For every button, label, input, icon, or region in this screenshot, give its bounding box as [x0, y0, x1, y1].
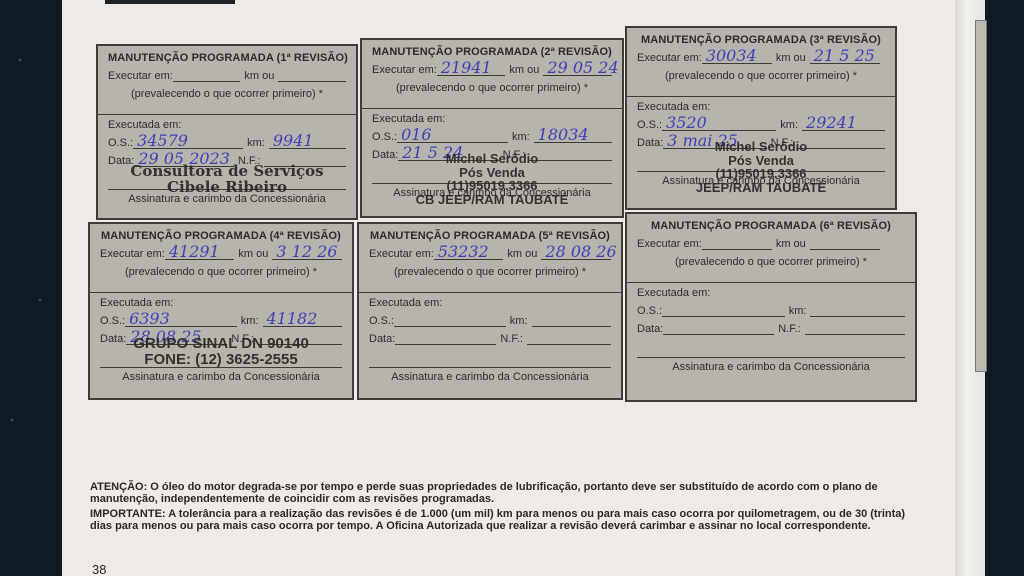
revision-title: MANUTENÇÃO PROGRAMADA (6ª REVISÃO) [637, 220, 905, 232]
signature-label: Assinatura e carimbo da Concessionária [637, 361, 905, 373]
execute-label: Executar em: [108, 70, 173, 82]
prevailing-note: (prevalecendo o que ocorrer primeiro) * [369, 266, 611, 278]
date-field[interactable] [663, 322, 774, 335]
prevailing-note: (prevalecendo o que ocorrer primeiro) * [100, 266, 342, 278]
km-field[interactable] [810, 304, 905, 317]
execute-label: Executar em: [372, 64, 437, 76]
planned-km-field[interactable]: 30034 [702, 51, 772, 64]
revision-card: MANUTENÇÃO PROGRAMADA (4ª REVISÃO) Execu… [88, 222, 354, 400]
planned-date-field[interactable]: 29 05 24 [543, 63, 612, 76]
date-field[interactable] [395, 332, 496, 345]
planned-km-field[interactable] [702, 237, 772, 250]
planned-date-field[interactable] [278, 69, 346, 82]
executed-label: Executada em: [637, 101, 885, 113]
dealer-stamp: Consultora de ServiçosCibele Ribeiro [98, 164, 356, 196]
signature-label: Assinatura e carimbo da Concessionária [100, 371, 342, 383]
execute-label: Executar em: [369, 248, 434, 260]
prevailing-note: (prevalecendo o que ocorrer primeiro) * [637, 256, 905, 268]
signature-label: Assinatura e carimbo da Concessionária [369, 371, 611, 383]
planned-km-field[interactable]: 41291 [165, 247, 235, 260]
revision-title: MANUTENÇÃO PROGRAMADA (5ª REVISÃO) [369, 230, 611, 242]
notice-important: IMPORTANTE: A tolerância para a realizaç… [90, 508, 920, 532]
page-number: 38 [92, 562, 106, 576]
dealer-stamp: Michel SerôdioPós Venda(11)95019.3366CB … [362, 152, 622, 207]
os-field[interactable]: 016 [397, 130, 508, 143]
revision-card: MANUTENÇÃO PROGRAMADA (3ª REVISÃO) Execu… [625, 26, 897, 210]
revision-card: MANUTENÇÃO PROGRAMADA (6ª REVISÃO) Execu… [625, 212, 917, 402]
revision-card: MANUTENÇÃO PROGRAMADA (2ª REVISÃO) Execu… [360, 38, 624, 218]
revision-card: MANUTENÇÃO PROGRAMADA (5ª REVISÃO) Execu… [357, 222, 623, 400]
dealer-stamp: Michel SerôdioPós Venda(11)95019.3366JEE… [627, 140, 895, 195]
planned-date-field[interactable] [810, 237, 880, 250]
nf-field[interactable] [805, 322, 905, 335]
executed-label: Executada em: [108, 119, 346, 131]
os-field[interactable] [394, 314, 506, 327]
km-field[interactable]: 29241 [802, 118, 885, 131]
os-field[interactable] [662, 304, 785, 317]
signature-line [637, 357, 905, 358]
os-field[interactable]: 3520 [662, 118, 776, 131]
planned-date-field[interactable]: 28 08 26 [541, 247, 611, 260]
km-field[interactable]: 9941 [269, 136, 346, 149]
execute-label: Executar em: [637, 52, 702, 64]
revision-title: MANUTENÇÃO PROGRAMADA (4ª REVISÃO) [100, 230, 342, 242]
executed-label: Executada em: [637, 287, 905, 299]
revision-title: MANUTENÇÃO PROGRAMADA (3ª REVISÃO) [637, 34, 885, 46]
planned-km-field[interactable]: 53232 [434, 247, 504, 260]
next-page-edge [975, 20, 987, 372]
revision-title: MANUTENÇÃO PROGRAMADA (2ª REVISÃO) [372, 46, 612, 58]
notice-attention: ATENÇÃO: O óleo do motor degrada-se por … [90, 481, 920, 505]
execute-label: Executar em: [637, 238, 702, 250]
planned-date-field[interactable]: 21 5 25 [810, 51, 880, 64]
executed-label: Executada em: [369, 297, 611, 309]
km-field[interactable]: 41182 [263, 314, 342, 327]
km-field[interactable]: 18034 [534, 130, 612, 143]
prevailing-note: (prevalecendo o que ocorrer primeiro) * [108, 88, 346, 100]
notices: ATENÇÃO: O óleo do motor degrada-se por … [90, 481, 920, 535]
planned-date-field[interactable]: 3 12 26 [272, 247, 342, 260]
prevailing-note: (prevalecendo o que ocorrer primeiro) * [637, 70, 885, 82]
planned-km-field[interactable]: 21941 [437, 63, 506, 76]
dealer-stamp: GRUPO SINAL DN 90140FONE: (12) 3625-2555 [90, 336, 352, 368]
executed-label: Executada em: [100, 297, 342, 309]
nf-field[interactable] [527, 332, 611, 345]
planned-km-field[interactable] [173, 69, 241, 82]
execute-label: Executar em: [100, 248, 165, 260]
prevailing-note: (prevalecendo o que ocorrer primeiro) * [372, 82, 612, 94]
signature-line [369, 367, 611, 368]
os-field[interactable]: 6393 [125, 314, 237, 327]
km-field[interactable] [532, 314, 611, 327]
top-strip [105, 0, 235, 4]
revision-card: MANUTENÇÃO PROGRAMADA (1ª REVISÃO) Execu… [96, 44, 358, 220]
revision-title: MANUTENÇÃO PROGRAMADA (1ª REVISÃO) [108, 52, 346, 64]
executed-label: Executada em: [372, 113, 612, 125]
os-field[interactable]: 34579 [133, 136, 243, 149]
